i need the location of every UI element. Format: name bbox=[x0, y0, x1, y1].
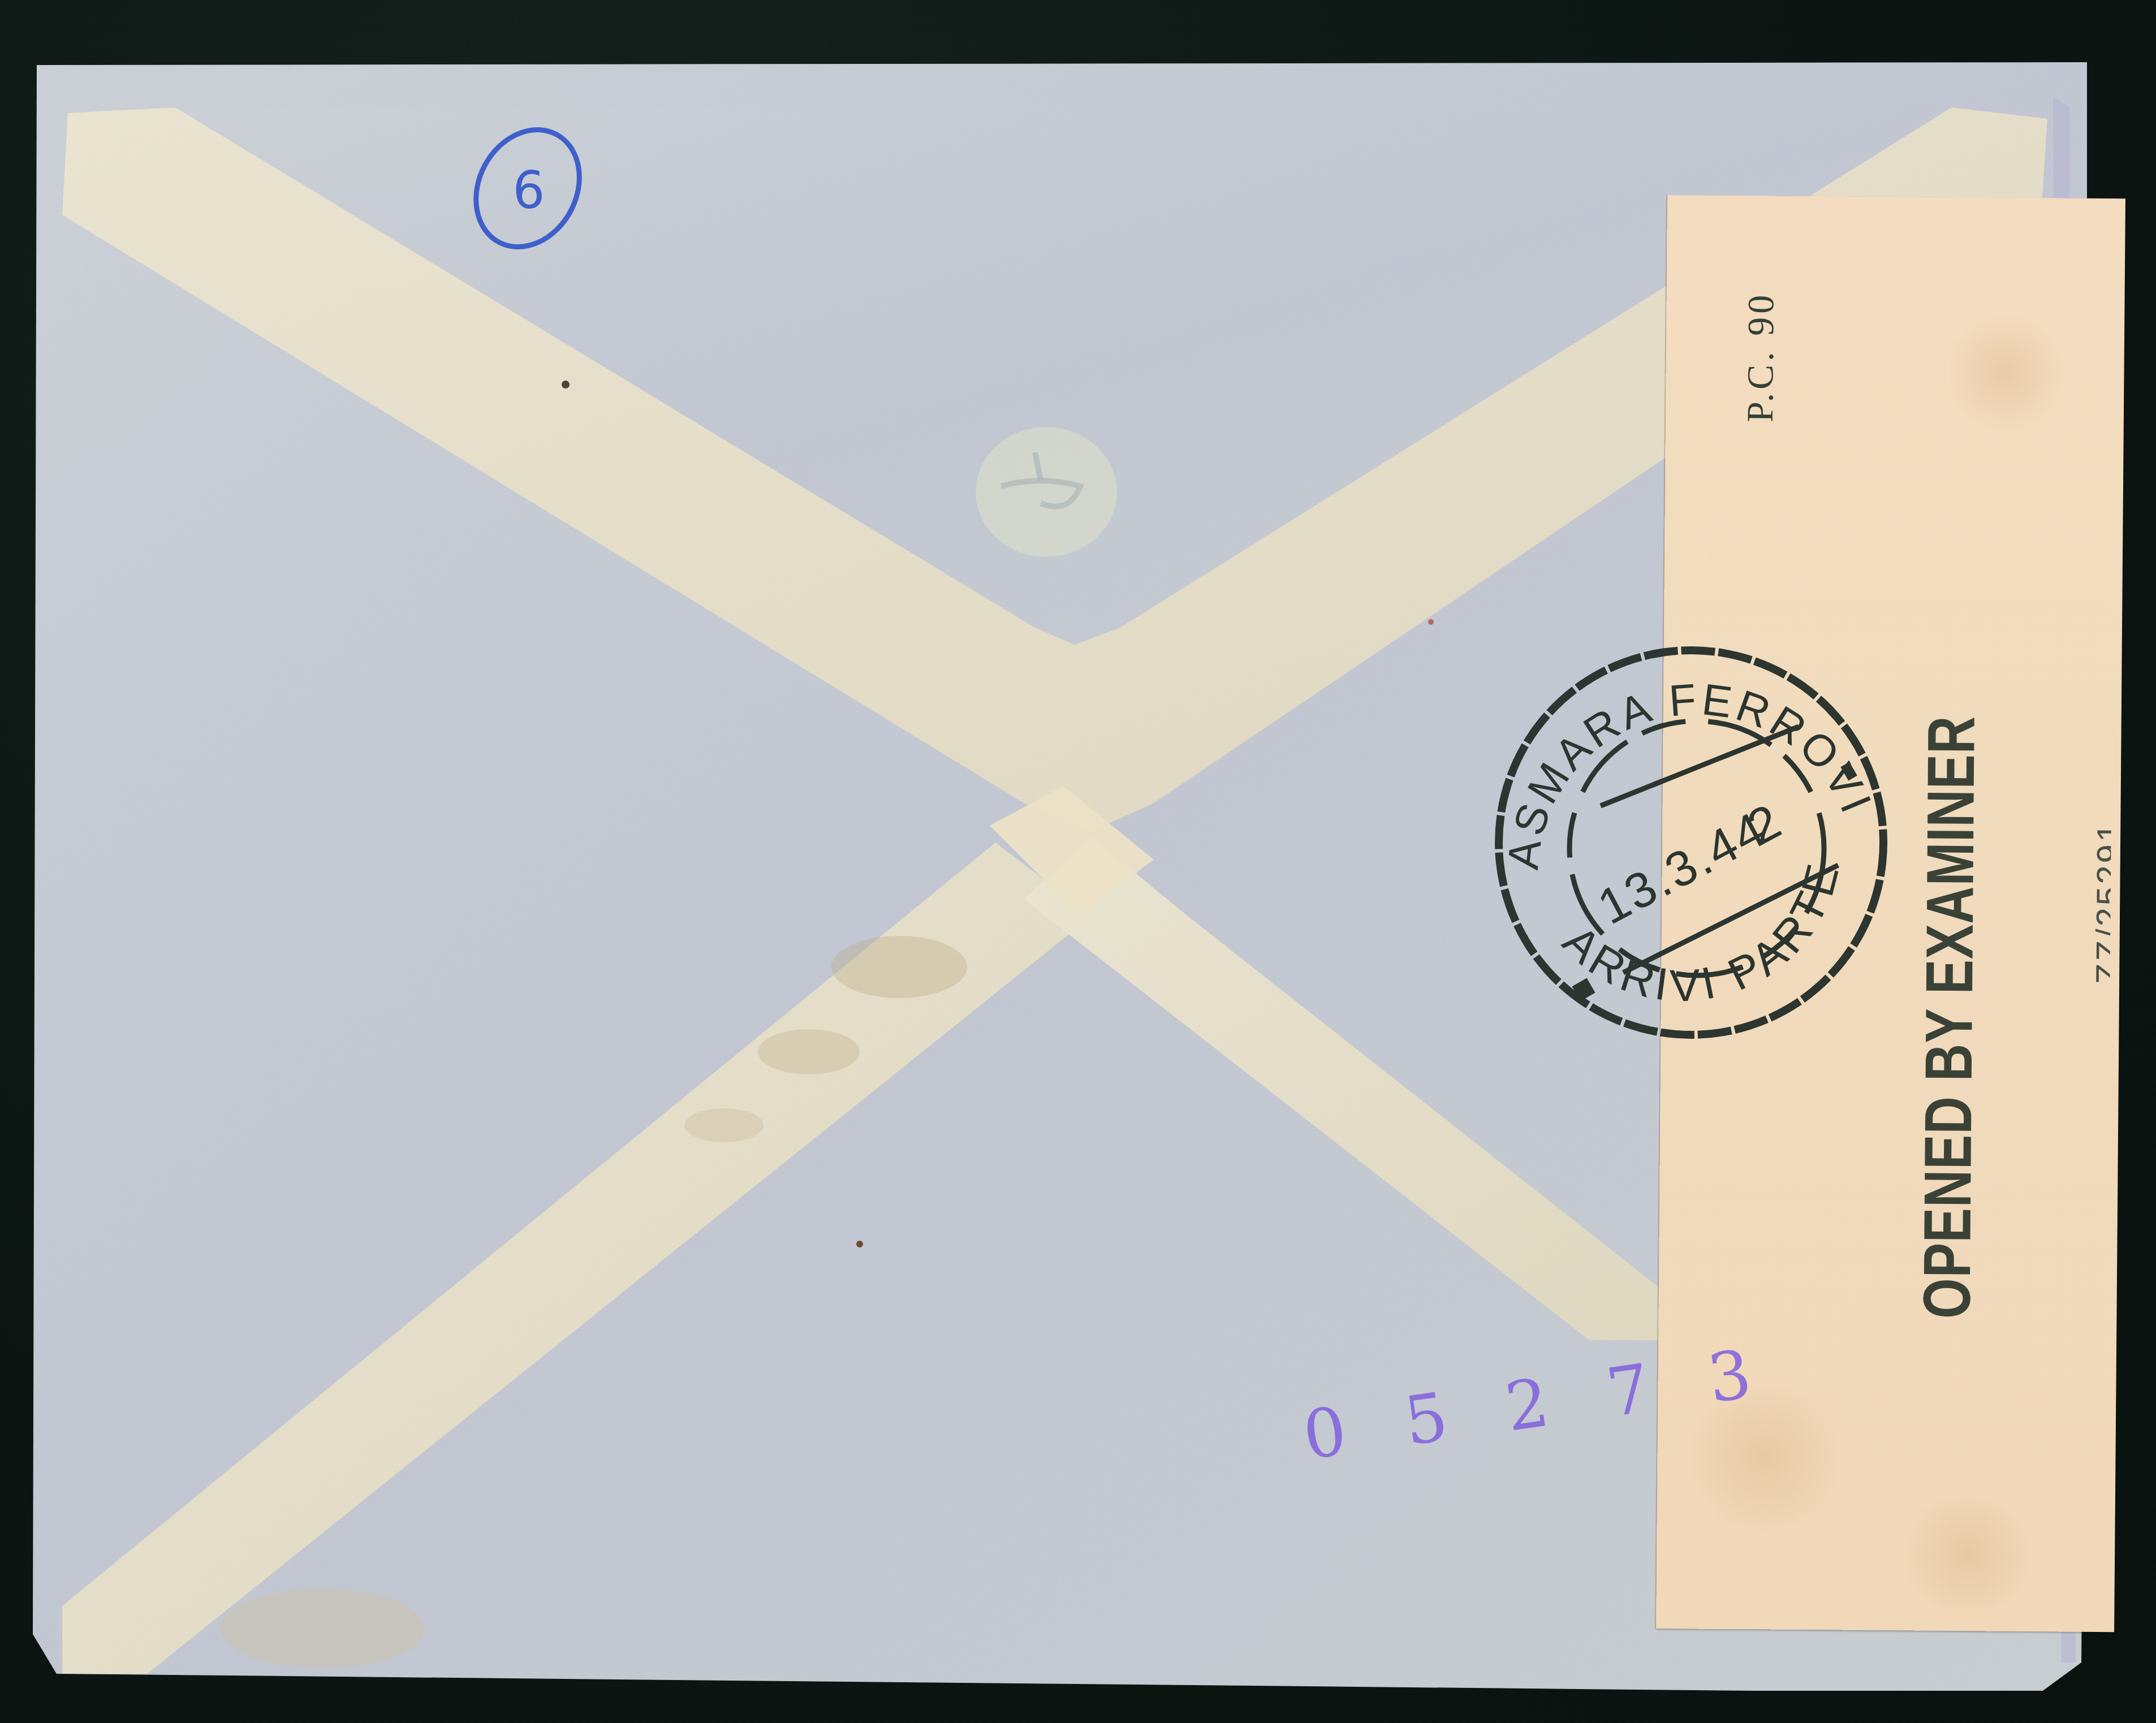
label-stain bbox=[1948, 310, 2063, 436]
opened-by-examiner-text: OPENED BY EXAMINER bbox=[1908, 631, 1991, 1404]
censor-code: P.C. 90 bbox=[1739, 292, 1783, 423]
label-stain bbox=[1894, 1497, 2042, 1612]
circled-pencil-number: 6 bbox=[469, 122, 588, 254]
pencil-number: 6 bbox=[512, 161, 545, 221]
